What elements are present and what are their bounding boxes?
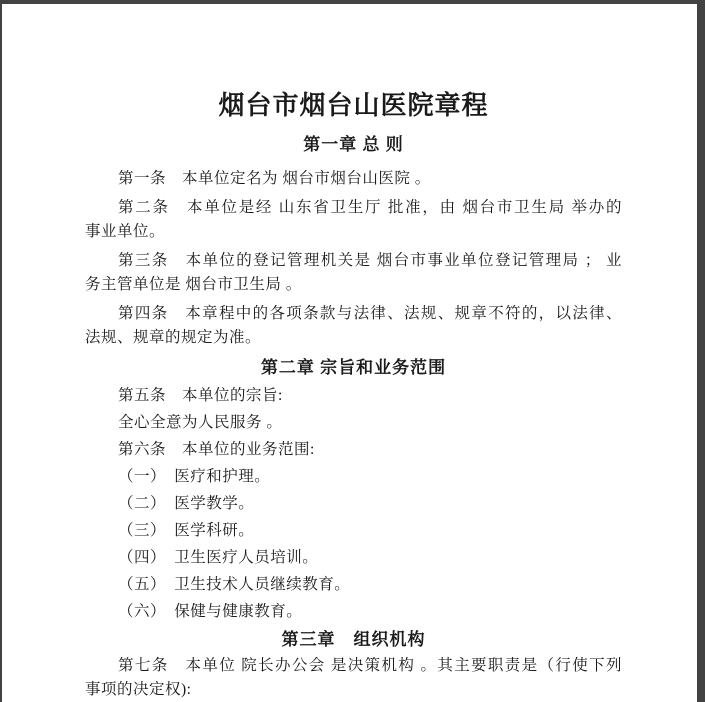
list-item: （四） 卫生医疗人员培训。: [85, 546, 622, 570]
doc-line: 务主管单位是 烟台市卫生局 。: [85, 273, 622, 297]
list-item: （五） 卫生技术人员继续教育。: [85, 573, 622, 597]
doc-line: 第一条 本单位定名为 烟台市烟台山医院 。: [85, 167, 622, 191]
doc-line: 第五条 本单位的宗旨:: [85, 384, 622, 408]
doc-line: 第七条 本单位 院长办公会 是决策机构 。其主要职责是（行使下列: [85, 654, 622, 678]
list-item: （六） 保健与健康教育。: [85, 600, 622, 624]
document-page: 烟台市烟台山医院章程 第一章 总 则 第一条 本单位定名为 烟台市烟台山医院 。…: [2, 4, 697, 702]
chapter-heading: 第二章 宗旨和业务范围: [85, 355, 622, 380]
list-item: （三） 医学科研。: [85, 519, 622, 543]
doc-line: 第三条 本单位的登记管理机关是 烟台市事业单位登记管理局 ； 业: [85, 249, 622, 273]
list-item: （一） 医疗和护理。: [85, 465, 622, 489]
list-item: （二） 医学教学。: [85, 492, 622, 516]
doc-line: 第二条 本单位是经 山东省卫生厅 批准，由 烟台市卫生局 举办的: [85, 196, 622, 220]
chapter-heading: 第一章 总 则: [85, 132, 622, 157]
doc-line: 第四条 本章程中的各项条款与法律、法规、规章不符的，以法律、: [85, 302, 622, 326]
doc-line: 事项的决定权):: [85, 678, 622, 702]
chapter-heading: 第三章 组织机构: [85, 627, 622, 652]
doc-line: 第六条 本单位的业务范围:: [85, 438, 622, 462]
document-viewer-background: 烟台市烟台山医院章程 第一章 总 则 第一条 本单位定名为 烟台市烟台山医院 。…: [0, 0, 705, 702]
document-title: 烟台市烟台山医院章程: [85, 90, 622, 122]
doc-line: 事业单位。: [85, 220, 622, 244]
doc-line: 全心全意为人民服务 。: [85, 411, 622, 435]
doc-line: 法规、规章的规定为准。: [85, 326, 622, 350]
